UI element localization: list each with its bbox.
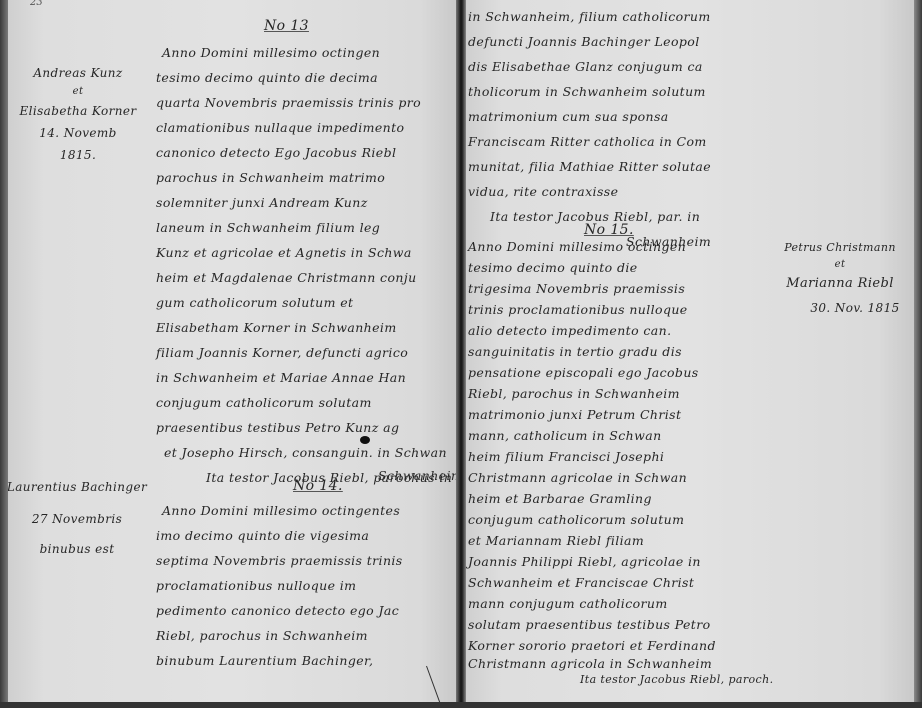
text-line: solutam praesentibus testibus Petro: [468, 614, 774, 635]
text-line: Kunz et agricolae et Agnetis in Schwa: [156, 240, 452, 265]
text-line: Schwanheim et Franciscae Christ: [468, 572, 774, 593]
entry-number-13: No 13: [264, 18, 309, 34]
pen-stroke: [426, 666, 441, 706]
margin-date: 27 Novembris: [8, 504, 152, 534]
margin-note-entry-15: Petrus Christmann et Marianna Riebl 30. …: [766, 238, 914, 320]
text-line: Christmann agricolae in Schwan: [468, 467, 774, 488]
text-line: mann conjugum catholicorum: [468, 593, 774, 614]
text-line: tesimo decimo quinto die decima: [156, 65, 452, 90]
left-page: 23 No 13 Andreas Kunz et Elisabetha Korn…: [8, 0, 456, 708]
text-line: Korner sororio praetori et Ferdinand: [468, 635, 774, 656]
text-line: Christmann agricola in Schwanheim: [468, 656, 774, 672]
text-line: solemniter junxi Andream Kunz: [156, 190, 452, 215]
text-line: clamationibus nullaque impedimento: [156, 115, 452, 140]
text-line: gum catholicorum solutum et: [156, 290, 452, 315]
text-line: in Schwanheim et Mariae Annae Han: [156, 365, 452, 390]
text-line: Riebl, parochus in Schwanheim: [156, 623, 403, 648]
entry-15-text: Anno Domini millesimo octingen tesimo de…: [468, 236, 774, 688]
text-line: Joannis Philippi Riebl, agricolae in: [468, 551, 774, 572]
page-number: 23: [30, 0, 43, 8]
text-line: mann, catholicum in Schwan: [468, 425, 774, 446]
right-page: in Schwanheim, filium catholicorum defun…: [466, 0, 914, 708]
text-line: et Josepho Hirsch, consanguin. in Schwan: [156, 440, 452, 465]
text-line: Anno Domini millesimo octingen: [156, 40, 452, 65]
text-line: quarta Novembris praemissis trinis pro: [156, 90, 452, 115]
text-line: proclamationibus nulloque im: [156, 573, 403, 598]
text-line: tholicorum in Schwanheim solutum: [468, 79, 711, 104]
text-line: Anno Domini millesimo octingen: [468, 236, 774, 257]
text-line: trigesima Novembris praemissis: [468, 278, 774, 299]
text-line: conjugum catholicorum solutum: [468, 509, 774, 530]
text-line: dis Elisabethae Glanz conjugum ca: [468, 54, 711, 79]
text-line: matrimonium cum sua sponsa: [468, 104, 711, 129]
text-line: conjugum catholicorum solutam: [156, 390, 452, 415]
text-line: canonico detecto Ego Jacobus Riebl: [156, 140, 452, 165]
register-spread: 23 No 13 Andreas Kunz et Elisabetha Korn…: [0, 0, 922, 708]
text-line: heim et Magdalenae Christmann conju: [156, 265, 452, 290]
margin-groom-name: Andreas Kunz: [14, 62, 142, 84]
margin-note-entry-13: Andreas Kunz et Elisabetha Korner 14. No…: [14, 62, 142, 166]
text-line: trinis proclamationibus nulloque: [468, 299, 774, 320]
margin-date: 14. Novemb: [14, 122, 142, 144]
text-line: parochus in Schwanheim matrimo: [156, 165, 452, 190]
text-line: sanguinitatis in tertio gradu dis: [468, 341, 774, 362]
entry-14-text: Anno Domini millesimo octingentes imo de…: [156, 498, 403, 673]
ink-blot: [360, 436, 370, 444]
text-line: Anno Domini millesimo octingentes: [156, 498, 403, 523]
text-line: filiam Joannis Korner, defuncti agrico: [156, 340, 452, 365]
entry-number-14: No 14.: [293, 478, 343, 494]
text-line: laneum in Schwanheim filium leg: [156, 215, 452, 240]
entry-14-continuation: in Schwanheim, filium catholicorum defun…: [468, 4, 711, 254]
text-line: pedimento canonico detecto ego Jac: [156, 598, 403, 623]
margin-note-entry-14: Laurentius Bachinger 27 Novembris binubu…: [8, 470, 152, 564]
signature-place: Schwanheim: [378, 468, 456, 483]
text-line: defuncti Joannis Bachinger Leopol: [468, 29, 711, 54]
margin-status: binubus est: [8, 534, 152, 564]
text-line: heim filium Francisci Josephi: [468, 446, 774, 467]
text-line: binubum Laurentium Bachinger,: [156, 648, 403, 673]
text-line: tesimo decimo quinto die: [468, 257, 774, 278]
entry-13-text: Anno Domini millesimo octingen tesimo de…: [156, 40, 452, 490]
text-line: matrimonio junxi Petrum Christ: [468, 404, 774, 425]
margin-et: et: [14, 84, 142, 100]
book-edge-left: [0, 0, 8, 708]
text-line: Riebl, parochus in Schwanheim: [468, 383, 774, 404]
text-line: et Mariannam Riebl filiam: [468, 530, 774, 551]
text-line: septima Novembris praemissis trinis: [156, 548, 403, 573]
book-edge-right: [914, 0, 922, 708]
margin-groom-name: Petrus Christmann: [766, 238, 914, 258]
text-line: munitat, filia Mathiae Ritter solutae: [468, 154, 711, 179]
text-line: vidua, rite contraxisse: [468, 179, 711, 204]
margin-date: 30. Nov. 1815: [766, 296, 914, 320]
margin-bride-name: Elisabetha Korner: [14, 100, 142, 122]
text-line: Franciscam Ritter catholica in Com: [468, 129, 711, 154]
signature-line: Ita testor Jacobus Riebl, paroch.: [468, 672, 774, 688]
margin-groom-name: Laurentius Bachinger: [8, 470, 152, 504]
margin-et: et: [766, 258, 914, 272]
margin-bride-name: Marianna Riebl: [766, 272, 914, 296]
book-gutter: [456, 0, 466, 708]
margin-year: 1815.: [14, 144, 142, 166]
text-line: Elisabetham Korner in Schwanheim: [156, 315, 452, 340]
book-bottom-edge: [0, 702, 922, 708]
text-line: imo decimo quinto die vigesima: [156, 523, 403, 548]
text-line: pensatione episcopali ego Jacobus: [468, 362, 774, 383]
text-line: in Schwanheim, filium catholicorum: [468, 4, 711, 29]
text-line: praesentibus testibus Petro Kunz ag: [156, 415, 452, 440]
text-line: heim et Barbarae Gramling: [468, 488, 774, 509]
text-line: alio detecto impedimento can.: [468, 320, 774, 341]
